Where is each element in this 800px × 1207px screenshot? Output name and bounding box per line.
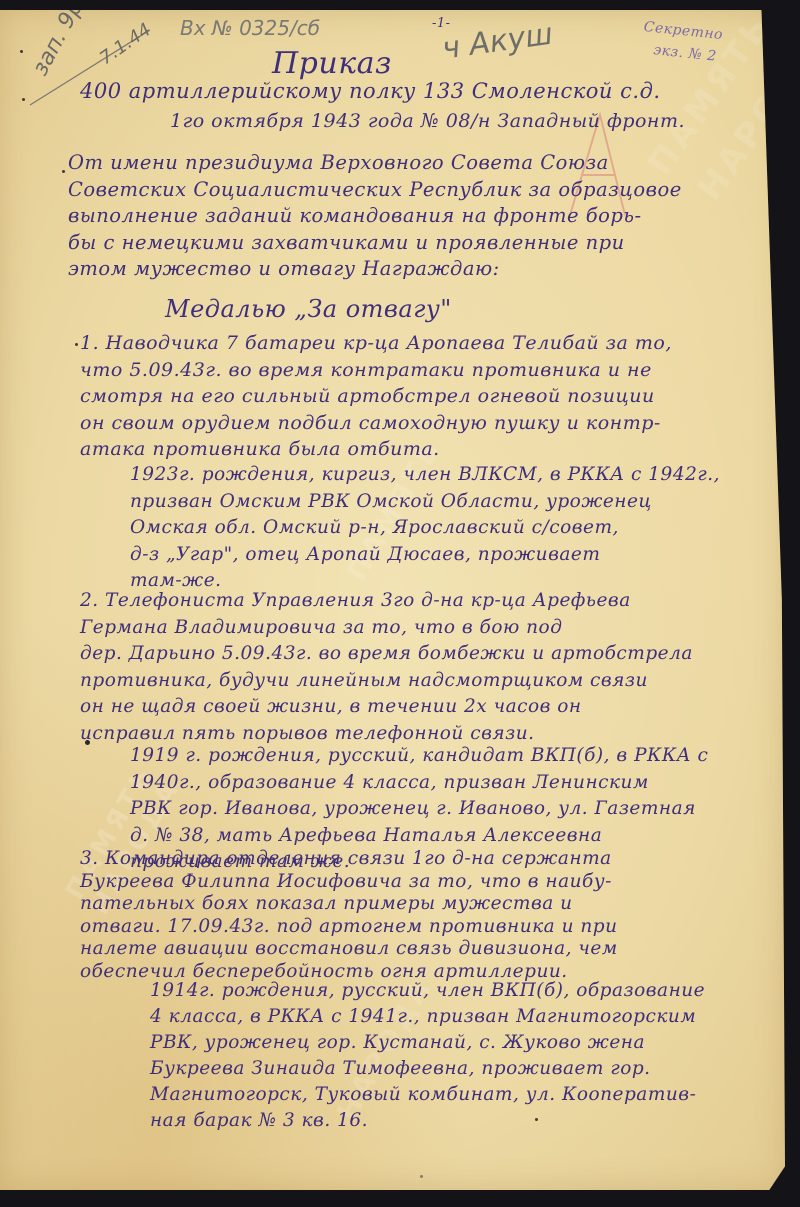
citation-line: отваги. 17.09.43г. под артогнем противни… [80,916,618,939]
header-line-1: 400 артиллерийскому полку 133 Смоленской… [80,78,661,104]
bio-line: ная барак № 3 кв. 16. [150,1108,705,1134]
resolution-note: ч Акуш [440,17,555,67]
paper-speck [62,170,65,173]
bio-line: 1940г., образование 4 класса, призван Ле… [130,770,708,797]
header-line-1-text: 400 артиллерийскому полку 133 Смоленской… [80,79,661,103]
bio-line: 1919 г. рождения, русский, кандидат ВКП(… [130,743,708,770]
bio-line: Букреева Зинаида Тимофеевна, проживает г… [150,1056,705,1082]
paper-speck [535,1118,538,1121]
incoming-number: Вх № 0325/сб [180,16,320,40]
medal-heading-text: Медалью „За отвагу" [165,295,452,323]
margin-note-date: 7.1.44 [96,19,155,69]
document-page: ПАМЯТЬ НАРОДА ПАМЯТЬ НАРОДА ПАМЯТЬ НАРОД… [0,10,785,1190]
citation-line: 1. Наводчика 7 батареи кр-ца Аропаева Те… [80,330,672,357]
citation-line: что 5.09.43г. во время контратаки против… [80,357,672,384]
bio-line: 4 класса, в РККА с 1941г., призван Магни… [150,1004,705,1030]
preamble-line: этом мужество и отвагу Награждаю: [68,256,682,283]
bio-line: призван Омским РВК Омской Области, уроже… [130,489,720,516]
scan-viewport: ПАМЯТЬ НАРОДА ПАМЯТЬ НАРОДА ПАМЯТЬ НАРОД… [0,0,800,1207]
citation-line: атака противника была отбита. [80,436,672,463]
bio-line: д. № 38, мать Арефьева Наталья Алексеевн… [130,823,708,850]
bio-line: 1923г. рождения, киргиз, член ВЛКСМ, в Р… [130,462,720,489]
citation-line: налете авиации восстановил связь дивизио… [80,938,618,961]
preamble-line: бы с немецкими захватчиками и проявленны… [68,230,682,257]
margin-note-date-text: 7.1.44 [96,19,155,69]
bio-line: 1914г. рождения, русский, член ВКП(б), о… [150,978,705,1004]
preamble-line: выполнение заданий командования на фронт… [68,203,682,230]
paper-speck [85,740,90,745]
incoming-number-text: Вх № 0325/сб [180,16,320,40]
preamble-line: От имени президиума Верховного Совета Со… [68,150,682,177]
header-line-2: 1го октября 1943 года № 08/н Западный фр… [170,108,685,134]
citation-line: он своим орудием подбил самоходную пушку… [80,410,672,437]
resolution-note-text: ч Акуш [440,17,555,67]
awardee-3-bio: 1914г. рождения, русский, член ВКП(б), о… [150,978,705,1134]
secret-stamp: Секретно экз. № 2 [640,16,724,68]
bio-line: д-з „Угар", отец Аропай Дюсаев, проживае… [130,542,720,569]
paper-speck [420,1175,423,1178]
awardee-1-bio: 1923г. рождения, киргиз, член ВЛКСМ, в Р… [130,462,720,595]
paper-speck [75,343,78,346]
preamble-line: Советских Социалистических Республик за … [68,177,682,204]
margin-note-zap-text: зап. 9р [28,0,88,80]
citation-line: Букреева Филиппа Иосифовича за то, что в… [80,871,618,894]
medal-heading: Медалью „За отвагу" [165,295,452,323]
paper-speck [22,98,25,101]
citation-line: смотря на его сильный артобстрел огневой… [80,383,672,410]
awardee-1-citation: 1. Наводчика 7 батареи кр-ца Аропаева Те… [80,330,672,463]
bio-line: РВК, уроженец гор. Кустанай, с. Жуково ж… [150,1030,705,1056]
order-title: Приказ [272,46,392,81]
citation-line: пательных боях показал примеры мужества … [80,893,618,916]
paper-speck [20,50,23,53]
bio-line: Магнитогорск, Туковый комбинат, ул. Кооп… [150,1082,705,1108]
citation-line: Германа Владимировича за то, что в бою п… [80,615,693,642]
order-title-text: Приказ [272,46,392,81]
citation-line: он не щадя своей жизни, в течении 2х час… [80,694,693,721]
bio-line: Омская обл. Омский р-н, Ярославский с/со… [130,515,720,542]
citation-line: противника, будучи линейным надсмотрщико… [80,668,693,695]
preamble: От имени президиума Верховного Совета Со… [68,150,682,283]
citation-line: дер. Дарьино 5.09.43г. во время бомбежки… [80,641,693,668]
header-line-2-text: 1го октября 1943 года № 08/н Западный фр… [170,110,685,132]
page-number: -1- [432,16,451,31]
page-number-text: -1- [432,16,451,31]
citation-line: 3. Командира отделения связи 1го д-на се… [80,848,618,871]
citation-line: 2. Телефониста Управления 3го д-на кр-ца… [80,588,693,615]
margin-note-zap: зап. 9р [28,0,88,80]
awardee-3-citation: 3. Командира отделения связи 1го д-на се… [80,848,618,983]
bio-line: РВК гор. Иванова, уроженец г. Иваново, у… [130,796,708,823]
awardee-2-citation: 2. Телефониста Управления 3го д-на кр-ца… [80,588,693,747]
